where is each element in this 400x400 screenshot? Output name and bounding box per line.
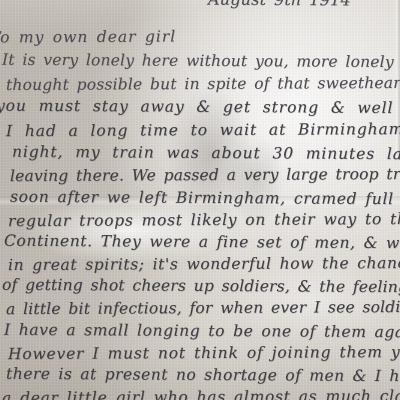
letter-line: Continent. They were a fine set of men, … bbox=[4, 233, 400, 253]
letter-line: night, my train was about 30 minutes lat… bbox=[12, 144, 400, 164]
letter-line: leaving there. We passed a very large tr… bbox=[10, 166, 400, 185]
letter-line: I thought possible but in spite of that … bbox=[0, 75, 400, 94]
letter-line: a little bit infectious, for when ever I… bbox=[6, 299, 400, 318]
letter-line: there is at present no shortage of men &… bbox=[6, 366, 400, 386]
letter-line: However I must not think of joining them… bbox=[8, 344, 400, 363]
letter-line: regular troops most likely on their way … bbox=[8, 211, 400, 230]
handwritten-letter-photo: August 9th 1914 To my own dear girl It i… bbox=[0, 0, 400, 400]
letter-salutation: To my own dear girl bbox=[0, 29, 176, 47]
letter-line: of getting shot cheers up soldiers, & th… bbox=[2, 277, 400, 297]
letter-line: a dear little girl who has almost as muc… bbox=[2, 388, 400, 400]
letter-line: It is very lonely here without you, more… bbox=[2, 52, 400, 72]
letter-line: you must stay away & get strong & well a… bbox=[0, 98, 400, 118]
letter-line: I had a long time to wait at Birmingham … bbox=[6, 121, 400, 140]
letter-date: August 9th 1914 bbox=[208, 0, 351, 9]
letter-line: in great spirits; it's wonderful how the… bbox=[8, 255, 400, 274]
letter-line: I have a small longing to be one of them… bbox=[4, 322, 400, 342]
letter-line: soon after we left Birmingham, cramed fu… bbox=[10, 189, 400, 209]
